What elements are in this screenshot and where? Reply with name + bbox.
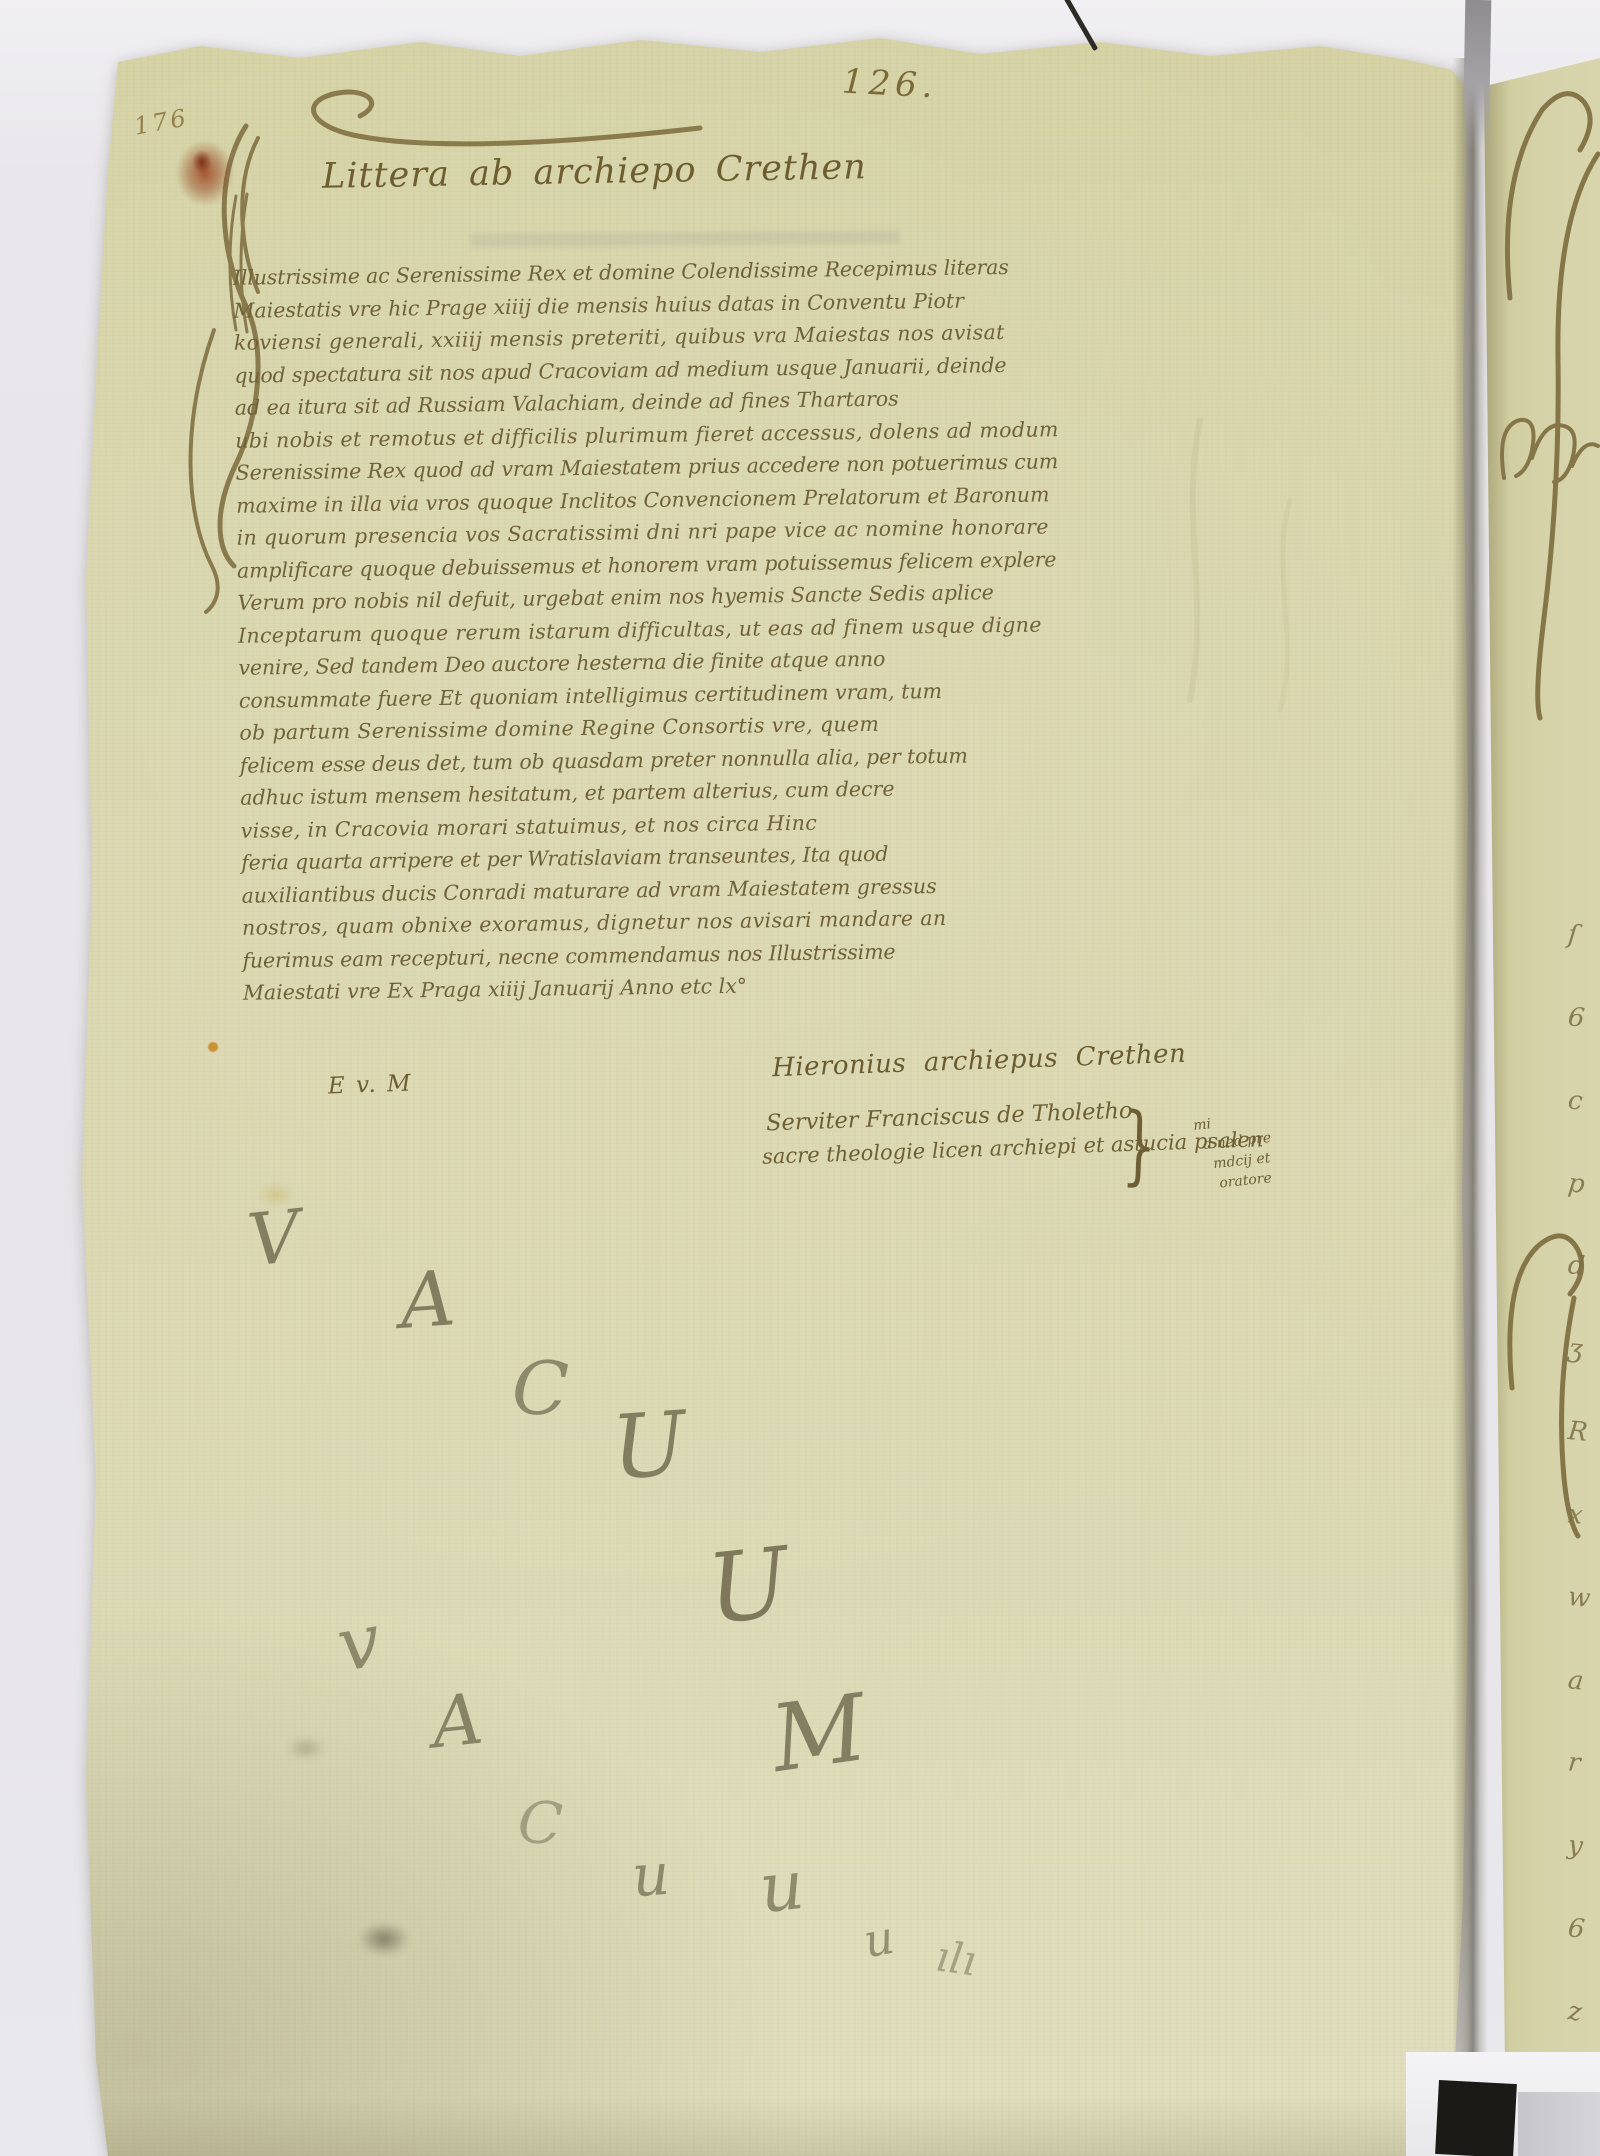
edge-glyph: x (1566, 1499, 1584, 1530)
page-number: 126. (841, 62, 939, 107)
pen-trial-letter: v (332, 1603, 386, 1683)
pen-trial-letter: C (516, 1793, 564, 1854)
binding-clasp (1435, 2080, 1517, 2156)
gutter-shadow (1452, 58, 1488, 2068)
bookmark-ribbon (1463, 0, 1492, 150)
bleedthrough-ghost (470, 230, 900, 248)
pen-trial-letter: u (860, 1914, 897, 1964)
secretary-side-note: mi d ned pre mdcij et oratore (1192, 1100, 1350, 1195)
signature-line: Hieronius archiepus Crethen (772, 1039, 1187, 1083)
edge-glyph: 6 (1566, 1913, 1586, 1945)
edge-glyph: z (1566, 1996, 1583, 2027)
facing-edge-text: ſ 6 c p d ʒ R x w a r y 6 z ʒ (1568, 920, 1600, 2110)
pen-trial-letter: u (757, 1852, 808, 1924)
edge-glyph: R (1566, 1416, 1589, 1448)
edge-glyph: r (1566, 1748, 1582, 1779)
page-smudge (286, 1736, 326, 1760)
document-heading: Littera ab archiepo Crethen (322, 147, 867, 197)
scanned-manuscript: 176 126. Littera ab archiepo Crethen Ill… (0, 0, 1600, 2156)
pen-trial-letter: C (511, 1351, 570, 1427)
binding-edge (1518, 2092, 1600, 2156)
secretary-brace: } (1121, 1094, 1158, 1197)
edge-glyph: w (1566, 1582, 1591, 1614)
edge-glyph: ſ (1566, 920, 1579, 951)
edge-glyph: a (1566, 1665, 1585, 1696)
secretary-note-line1: Serviter Franciscus de Tholetho (766, 1098, 1133, 1137)
manuscript-page: 176 126. Littera ab archiepo Crethen Ill… (0, 0, 1600, 2156)
folio-number: 176 (132, 103, 191, 140)
ink-stain-core (192, 150, 212, 174)
page-smudge (358, 1922, 410, 1956)
edge-glyph: 6 (1566, 1002, 1586, 1034)
paper-stain (258, 1182, 294, 1208)
pen-trial-letter: u (630, 1845, 671, 1905)
pen-trial-letter: ılı (933, 1935, 979, 1982)
page-shadow-wrap: 176 126. Littera ab archiepo Crethen Ill… (0, 0, 1600, 2156)
ink-dot (208, 1042, 218, 1052)
edge-glyph: ʒ (1566, 1334, 1584, 1365)
pen-trial-letter: U (703, 1534, 793, 1638)
pen-trial-letter: M (766, 1682, 872, 1786)
valediction: E v. M (328, 1071, 413, 1100)
edge-glyph: d (1566, 1251, 1586, 1283)
pen-trial-letter: V (244, 1199, 303, 1276)
edge-glyph: y (1566, 1831, 1584, 1862)
edge-glyph: p (1566, 1168, 1586, 1200)
pen-trial-letter: A (428, 1684, 486, 1759)
letter-body: Illustrissime ac Serenissime Rex et domi… (233, 254, 1067, 1013)
pen-trial-letter: U (609, 1400, 689, 1493)
edge-glyph: c (1566, 1085, 1584, 1116)
pen-trial-letter: A (397, 1260, 457, 1340)
